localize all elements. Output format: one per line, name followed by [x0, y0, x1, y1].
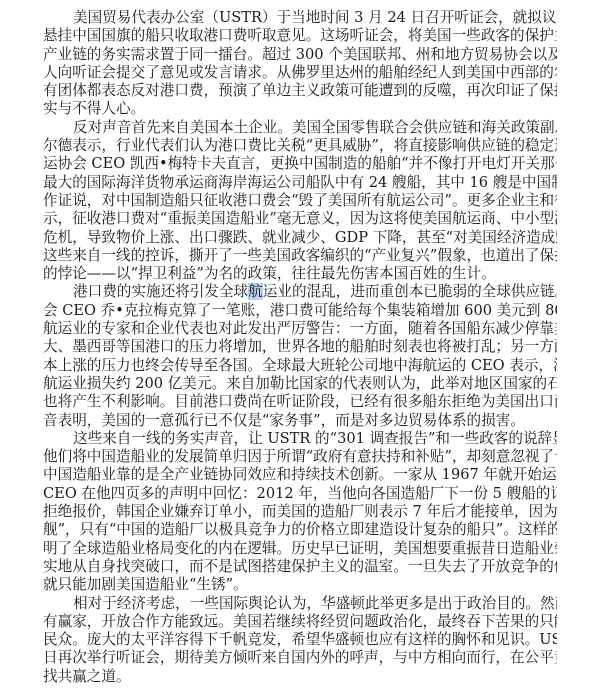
text-line: 实地从自身找突破口，而不是试图搭建保护主义的温室。一旦失去了开放竞争的信心，保护…: [43, 558, 557, 576]
text-line: 美国贸易代表办公室（USTR）于当地时间 3 月 24 日召开听证会，就拟议中的…: [43, 9, 557, 27]
text-line: 作证说，对中国制造船只征收港口费会“毁了美国所有航运公司”。更多企业主和行业代表…: [43, 192, 557, 210]
paragraph-ustr-hearing: 美国贸易代表办公室（USTR）于当地时间 3 月 24 日召开听证会，就拟议中的…: [43, 9, 557, 119]
paragraph-domestic-opposition: 反对声音首先来自美国本土企业。美国全国零售联合会供应链和海关政策副总裁乔纳森•戈…: [43, 119, 557, 284]
text-line: 本上涨的压力也终会传导至各国。全球最大班轮公司地中海航运的 CEO 表示，港口费…: [43, 357, 557, 375]
text-line: 尔德表示，行业代表们认为港口费比关税“更具威胁”，将直接影响供应链的稳定运行。美…: [43, 137, 557, 155]
paragraph-shipbuilding: 这些来自一线的务实声音，让 USTR 的“301 调查报告”和一些政客的说辞显得…: [43, 430, 557, 595]
paragraph-shipping-chaos: 港口费的实施还将引发全球航运业的混乱，进而重创本已脆弱的全球供应链。世界航运理事…: [43, 283, 557, 429]
text-line: 这些来自一线的务实声音，让 USTR 的“301 调查报告”和一些政客的说辞显得…: [43, 430, 557, 448]
text-line: 音表明，美国的一意孤行已不仅是“家务事”，而是对多边贸易体系的损害。: [43, 412, 557, 430]
text-line: 也将产生不利影响。目前港口费尚在听证阶段，已经有很多船东拒绝为美国出口商报价。这…: [43, 393, 557, 411]
text-line: 舰”，只有“中国的造船厂以极具竞争力的价格立即建造设计复杂的船只”。这样的故事，…: [43, 521, 557, 539]
text-line: 就只能加剧美国造船业“生锈”。: [43, 576, 557, 594]
text-line: 示，征收港口费对“重振美国造船业”毫无意义，因为这将使美国航运商、中小型港口陷入…: [43, 210, 557, 228]
text-line: 实与不得人心。: [43, 100, 557, 118]
text-line: 反对声音首先来自美国本土企业。美国全国零售联合会供应链和海关政策副总裁乔纳森•戈: [43, 119, 557, 137]
text-line: 会 CEO 乔•克拉梅克算了一笔账，港口费可能给每个集装箱增加 600 美元到 …: [43, 302, 557, 320]
text-line: 拒绝报价，韩国企业嫌弃订单小，而美国的造船厂则表示 7 年后才能接单，因为正在忙…: [43, 503, 557, 521]
text-line: 人向听证会提交了意见或发言请求。从佛罗里达州的船舶经纪人到美国中西部的农场主，几…: [43, 64, 557, 82]
text-line: 明了全球造船业格局变化的内在逻辑。历史早已证明，美国想要重振昔日造船业荣光，应该…: [43, 540, 557, 558]
text-line: 的悖论——以“捍卫利益”为名的政策，往往最先伤害本国百姓的生计。: [43, 265, 557, 283]
text-line: 民众。庞大的太平洋容得下千帆竞发，希望华盛顿也应有这样的胸怀和见识。USTR 将…: [43, 631, 557, 649]
text-line: 中国造船业靠的是全产业链协同效应和持续技术创新。一家从 1967 年就开始运营的…: [43, 466, 557, 484]
text-line: 危机，导致物价上涨、出口骤跌、就业减少、GDP 下降，甚至“对美国经济造成毁灭性…: [43, 229, 557, 247]
text-line: 运协会 CEO 凯西•梅特卡夫直言，更换中国制造的船舶“并不像打开电灯开关那么简…: [43, 155, 557, 173]
text-line-with-selection[interactable]: 港口费的实施还将引发全球航运业的混乱，进而重创本已脆弱的全球供应链。世界航运理事: [43, 283, 557, 301]
text-line: 有团体都表态反对港口费，预演了单边主义政策可能遭到的反噬，再次印证了保护主义的脱…: [43, 82, 557, 100]
text-after-selection: 运业的混乱，进而重创本已脆弱的全球供应链。世界航运理事: [263, 283, 557, 300]
text-line: 航运业损失约 200 亿美元。来自加勒比国家的代表则认为，此举对地区国家的石油和…: [43, 375, 557, 393]
text-line: CEO 在他四页多的声明中回忆：2012 年，当他向各国造船厂下一份 5 艘船的…: [43, 485, 557, 503]
text-line: 产业链的务实需求置于同一擂台。超过 300 个美国联邦、州和地方贸易协会以及数百…: [43, 46, 557, 64]
text-line: 悬挂中国国旗的船只收取港口费听取意见。这场听证会，将美国一些政客的保护主义执念与…: [43, 27, 557, 45]
text-line: 航运业的专家和企业代表也对此发出严厉警告：一方面，随着各国船东减少停靠美国港口，…: [43, 320, 557, 338]
text-before-selection: 港口费的实施还将引发全球: [73, 283, 248, 300]
text-line: 有赢家，开放合作方能致远。美国若继续将经贸问题政治化，最终吞下苦果的只能是本国企…: [43, 613, 557, 631]
text-selection-highlight[interactable]: 航: [248, 283, 263, 300]
text-line: 这些来自一线的控诉，撕开了一些美国政客编织的“产业复兴”假象，也道出了保护主义最…: [43, 247, 557, 265]
paragraph-conclusion: 相对于经济考虑，一些国际舆论认为，华盛顿此举更多是出于政治目的。然而，保护主义没…: [43, 595, 557, 686]
text-line: 相对于经济考虑，一些国际舆论认为，华盛顿此举更多是出于政治目的。然而，保护主义没: [43, 595, 557, 613]
text-line: 找共赢之道。: [43, 668, 557, 686]
text-line: 日再次举行听证会，期待美方倾听来自国内外的呼声，与中方相向而行，在公平竞争与合作…: [43, 649, 557, 667]
text-line: 最大的国际海洋货物承运商海岸海运公司船队中有 24 艘船，其中 16 艘是中国制…: [43, 174, 557, 192]
document-body: 美国贸易代表办公室（USTR）于当地时间 3 月 24 日召开听证会，就拟议中的…: [43, 9, 557, 686]
text-line: 大、墨西哥等国港口的压力将增加，世界各地的船舶时刻表也将被打乱；另一方面，全球海…: [43, 338, 557, 356]
text-line: 他们将中国造船业的发展简单归因于所谓“政府有意扶持和补贴”，却刻意忽视了一个基本…: [43, 448, 557, 466]
